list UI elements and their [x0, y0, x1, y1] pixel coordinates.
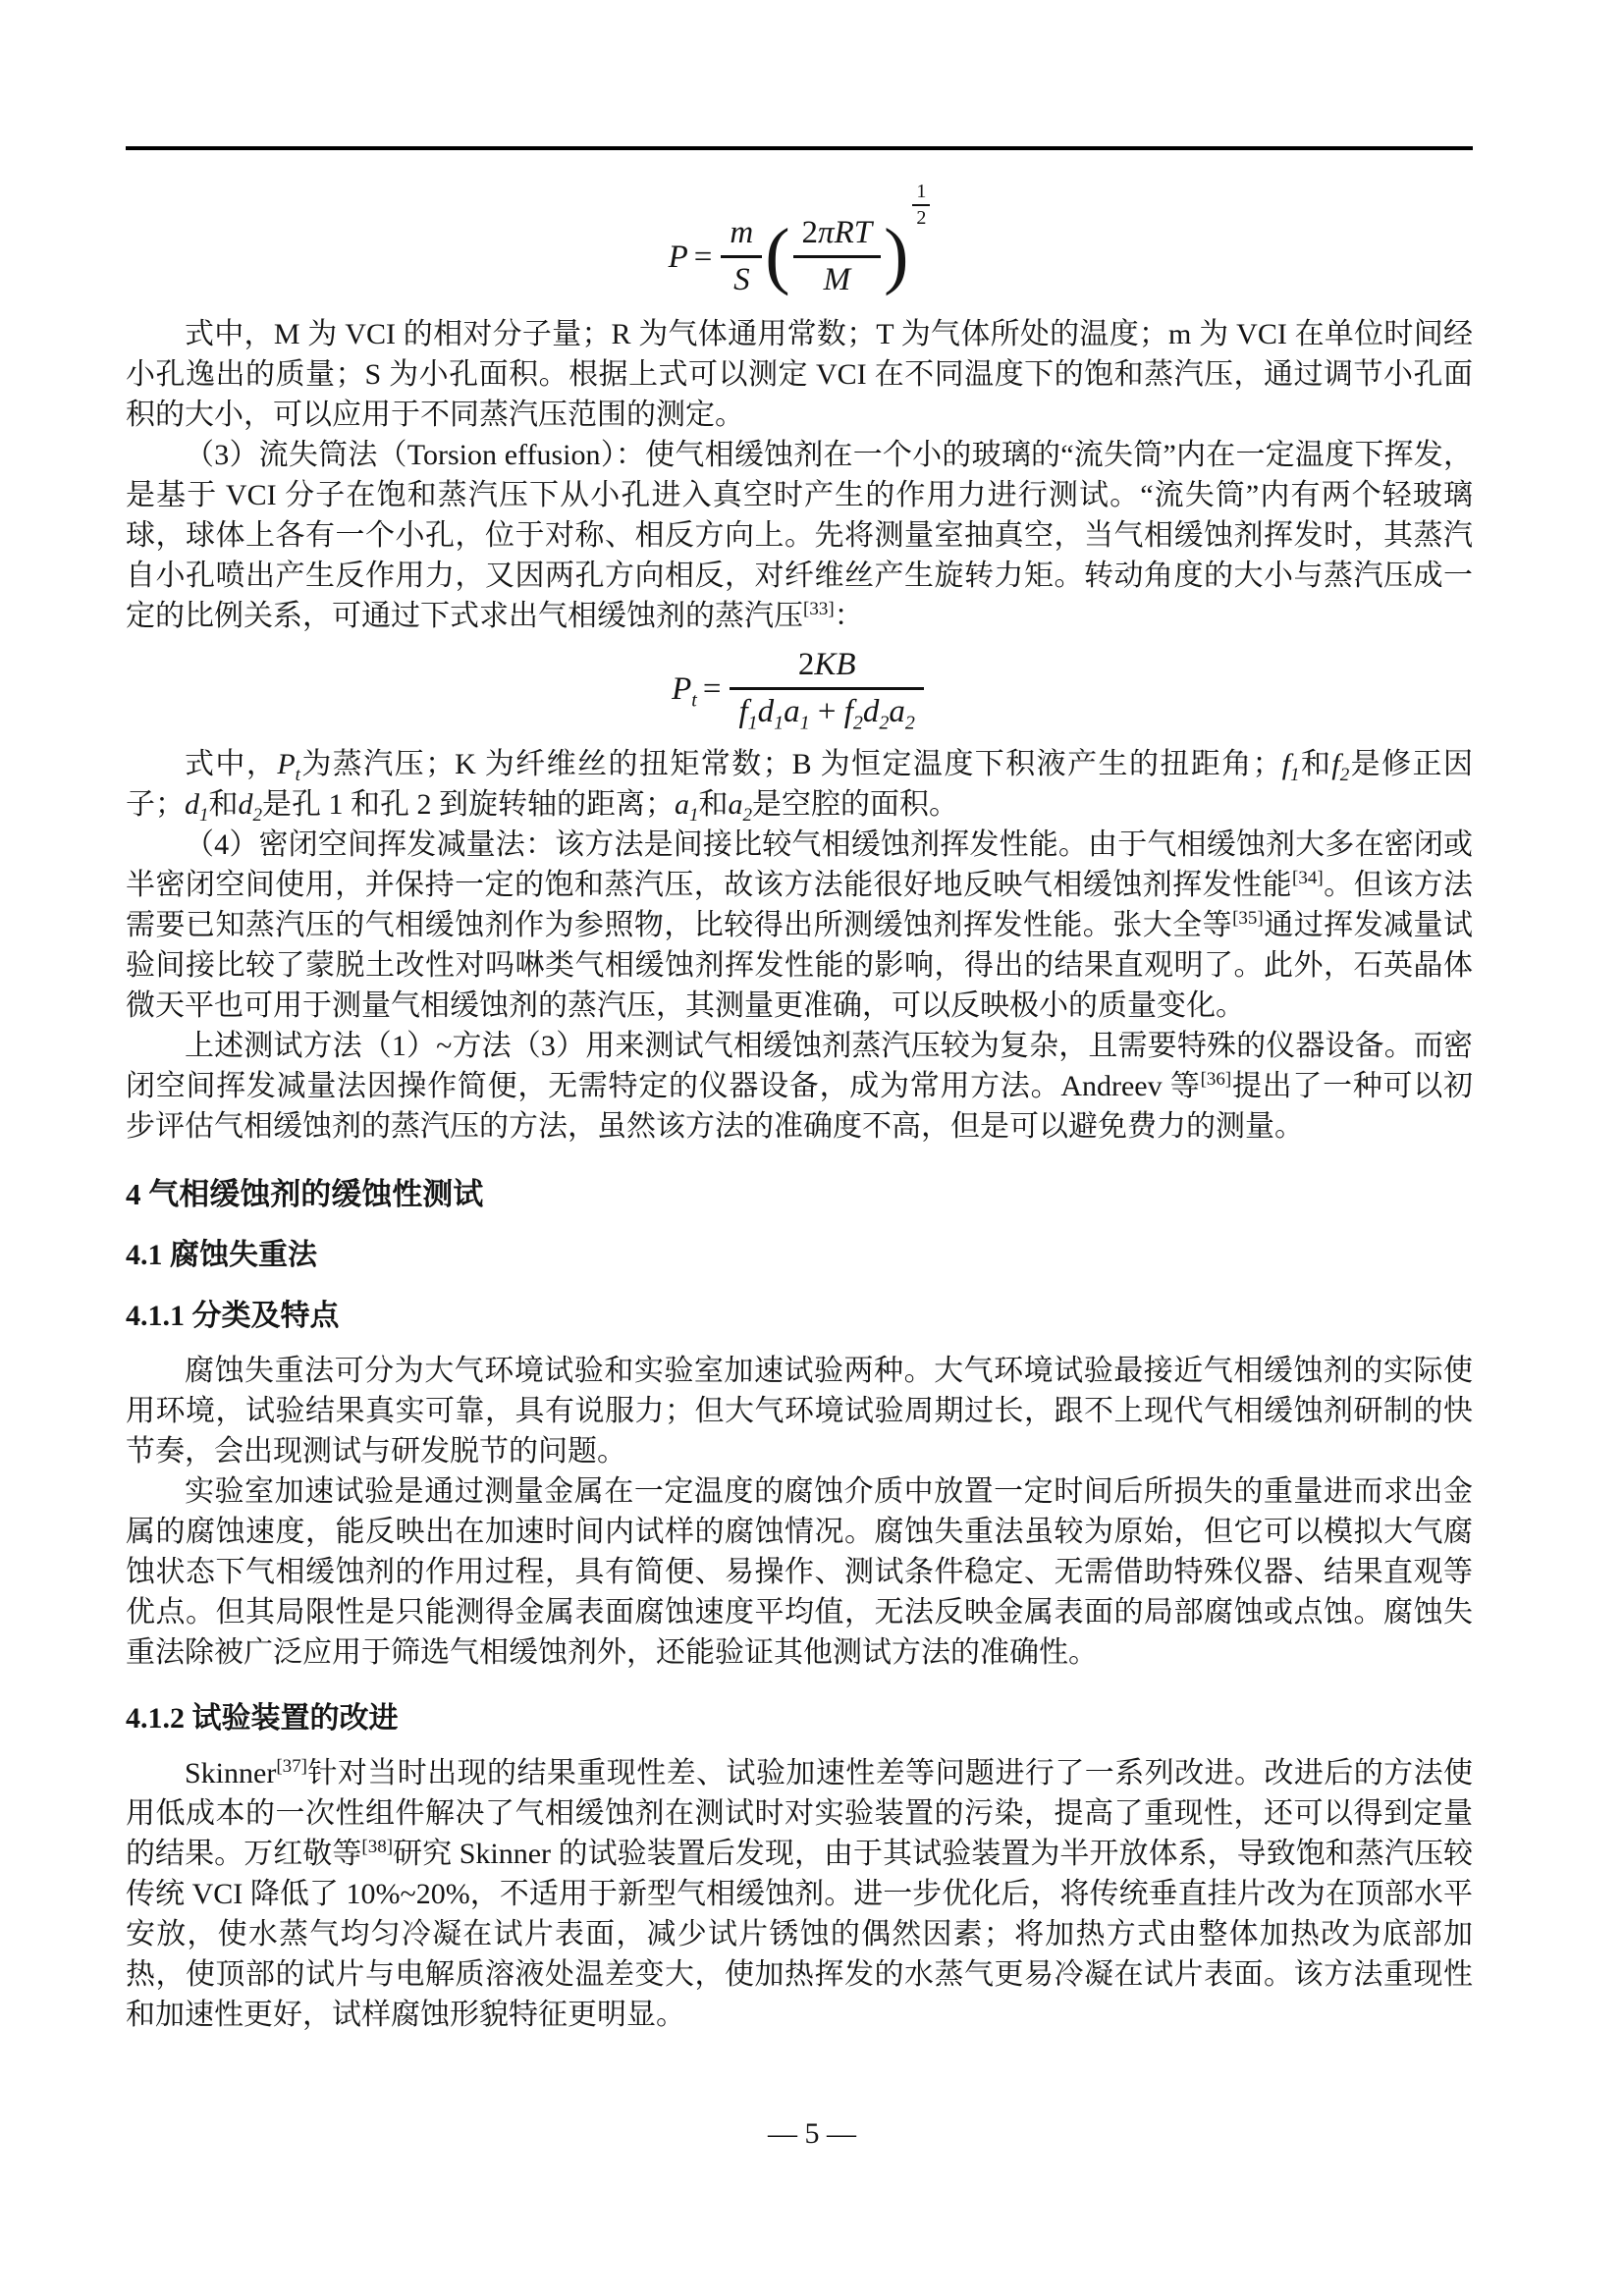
fraction-2KB: 2KBf1d1a1 + f2d2a2 [730, 646, 923, 728]
heading-section-4-1-1: 4.1.1 分类及特点 [126, 1296, 1473, 1337]
page-content: P=mS(2πRTM)12 式中，M 为 VCI 的相对分子量；R 为气体通用常… [126, 0, 1473, 2035]
paragraph-torsion-effusion-method: （3）流失筒法（Torsion effusion）：使气相缓蚀剂在一个小的玻璃的… [126, 435, 1473, 636]
formula-math: Pt=2KBf1d1a1 + f2d2a2 [672, 671, 927, 707]
equals-sign: = [697, 671, 728, 707]
formula-torsion-pressure: Pt=2KBf1d1a1 + f2d2a2 [126, 650, 1473, 732]
fraction-numerator: 2KB [730, 646, 923, 690]
heading-section-4-1-2: 4.1.2 试验装置的改进 [126, 1698, 1473, 1739]
paragraph-formula1-variables: 式中，M 为 VCI 的相对分子量；R 为气体通用常数；T 为气体所处的温度；m… [126, 314, 1473, 435]
fraction-2piRT-over-M: 2πRTM [793, 214, 882, 296]
fraction-denominator: S [721, 258, 762, 296]
paragraph-lab-accelerated-test: 实验室加速试验是通过测量金属在一定温度的腐蚀介质中放置一定时间后所损失的重量进而… [126, 1471, 1473, 1673]
paragraph-apparatus-improvements: Skinner[37]针对当时出现的结果重现性差、试验加速性差等问题进行了一系列… [126, 1753, 1473, 2035]
fraction-numerator: m [721, 214, 762, 258]
page-number: — 5 — [0, 2117, 1624, 2151]
heading-section-4: 4 气相缓蚀剂的缓蚀性测试 [126, 1174, 1473, 1215]
paragraph-weight-loss-classification: 腐蚀失重法可分为大气环境试验和实验室加速试验两种。大气环境试验最接近气相缓蚀剂的… [126, 1351, 1473, 1471]
fraction-m-over-S: mS [721, 214, 762, 296]
exponent-one-half: 12 [912, 182, 930, 229]
paragraph-methods-summary: 上述测试方法（1）~方法（3）用来测试气相缓蚀剂蒸汽压较为复杂，且需要特殊的仪器… [126, 1026, 1473, 1147]
fraction-denominator: f1d1a1 + f2d2a2 [730, 690, 923, 728]
document-page: P=mS(2πRTM)12 式中，M 为 VCI 的相对分子量；R 为气体通用常… [0, 0, 1624, 2296]
var-P: P [669, 240, 688, 275]
var-P: P [672, 671, 691, 707]
var-P-subscript: t [691, 690, 697, 712]
header-rule [126, 146, 1473, 150]
heading-section-4-1: 4.1 腐蚀失重法 [126, 1235, 1473, 1276]
paragraph-formula2-variables: 式中，Pt为蒸汽压；K 为纤维丝的扭矩常数；B 为恒定温度下积液产生的扭距角；f… [126, 744, 1473, 825]
fraction-denominator: M [793, 258, 882, 296]
left-paren: ( [765, 214, 789, 296]
formula-knudsen-effusion: P=mS(2πRTM)12 [126, 182, 1473, 300]
right-paren: ) [884, 214, 908, 296]
paragraph-sealed-space-weight-loss: （4）密闭空间挥发减量法：该方法是间接比较气相缓蚀剂挥发性能。由于气相缓蚀剂大多… [126, 825, 1473, 1026]
fraction-numerator: 2πRT [793, 214, 882, 258]
formula-math: P=mS(2πRTM)12 [669, 240, 931, 275]
equals-sign: = [688, 240, 719, 275]
